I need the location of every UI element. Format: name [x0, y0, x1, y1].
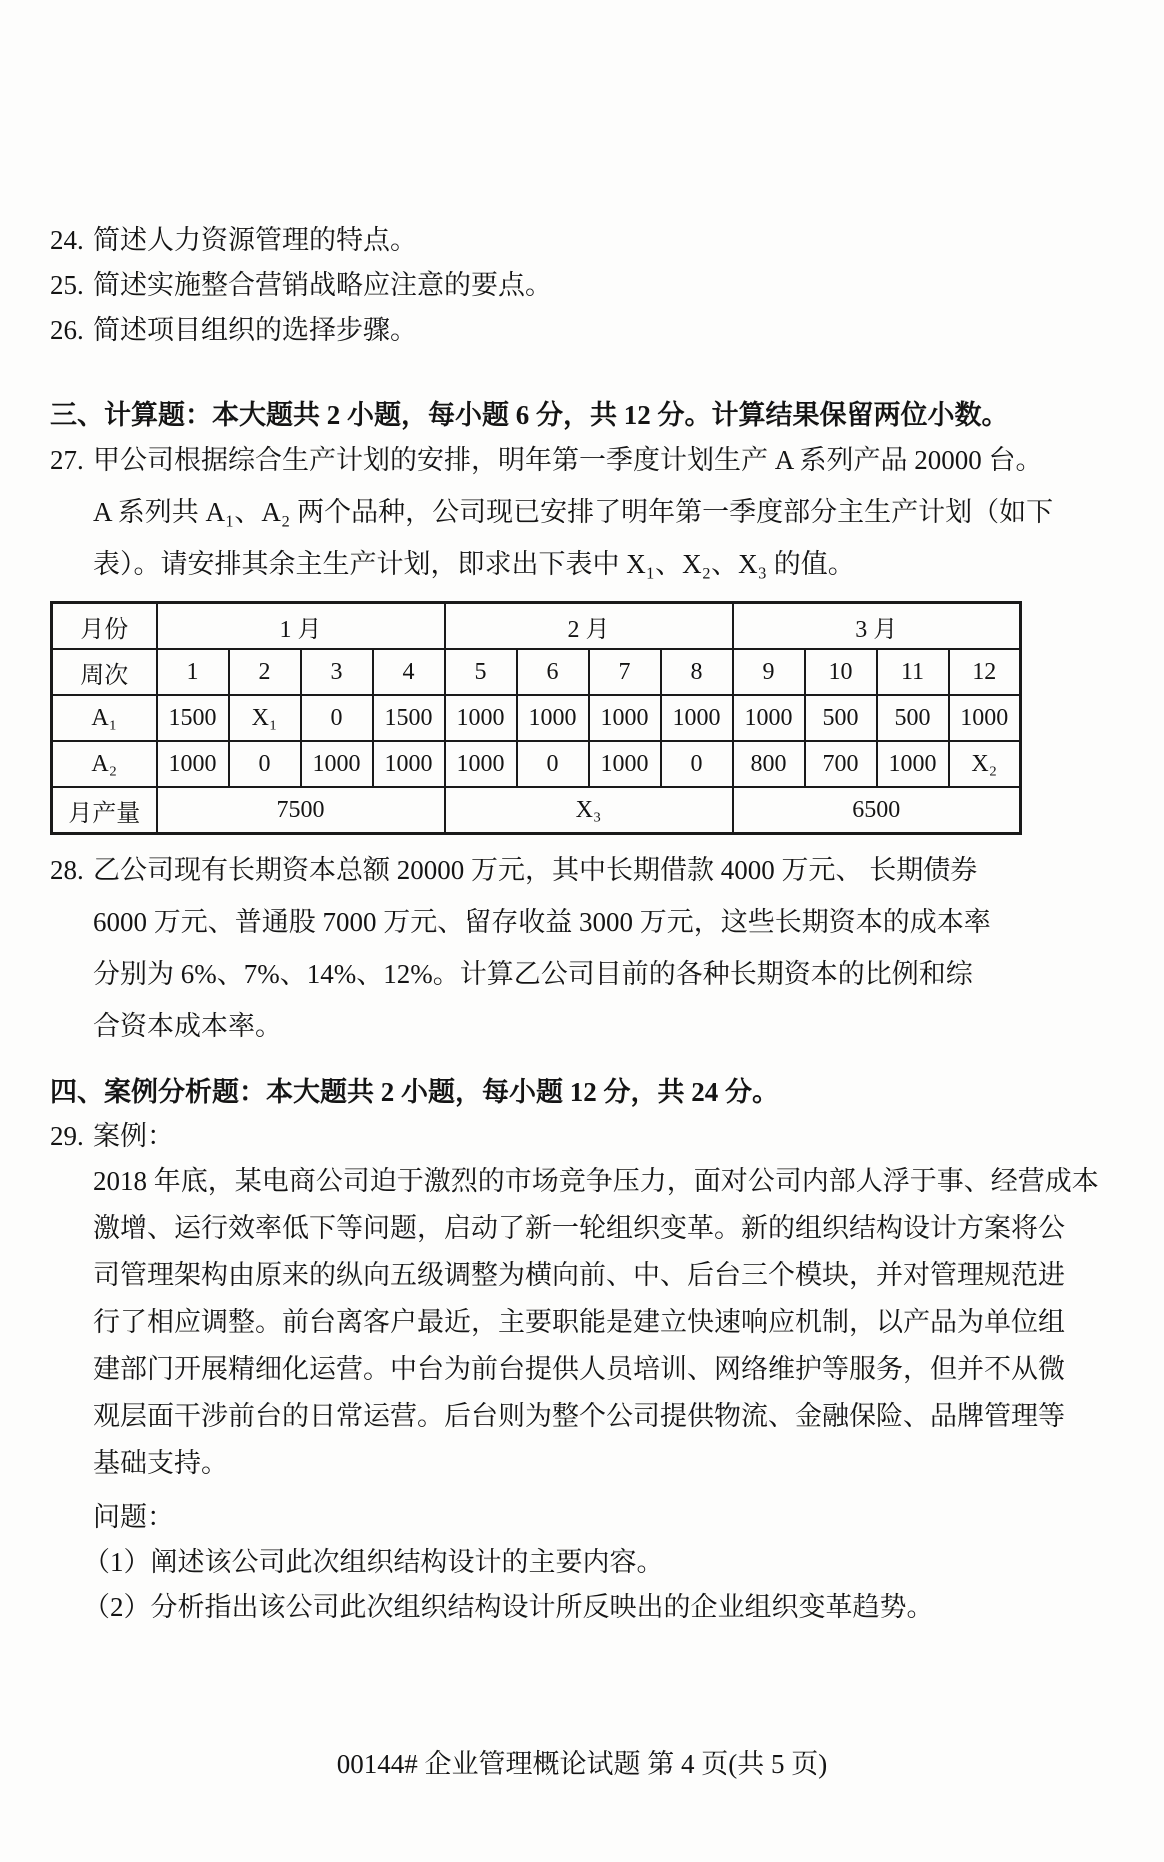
table-cell-month-mar: 3 月	[733, 603, 1021, 650]
production-plan-table: 月份 1 月 2 月 3 月 周次 1 2 3 4 5 6 7 8 9 10 1…	[50, 601, 1022, 835]
questions-label: 问题：	[93, 1502, 1164, 1532]
question-27-text-3: 表）。请安排其余主生产计划，即求出下表中 X₁、X₂、X₃ 的值。	[93, 549, 1164, 579]
question-26-number: 26.	[50, 315, 93, 345]
table-row-months: 月份 1 月 2 月 3 月	[52, 603, 1021, 650]
table-cell-month-feb: 2 月	[445, 603, 733, 650]
case-line-7: 基础支持。	[93, 1448, 1164, 1478]
table-cell-a2: 700	[805, 741, 877, 787]
table-cell-a1: 500	[877, 695, 949, 741]
table-cell-a2: X₂	[949, 741, 1021, 787]
question-24: 24. 简述人力资源管理的特点。	[50, 225, 1164, 255]
table-cell-week: 4	[373, 649, 445, 695]
table-cell-week: 11	[877, 649, 949, 695]
table-cell-a2: 0	[517, 741, 589, 787]
table-row-monthly-output: 月产量 7500 X₃ 6500	[52, 787, 1021, 834]
case-line-4: 行了相应调整。前台离客户最近，主要职能是建立快速响应机制，以产品为单位组	[93, 1307, 1164, 1337]
table-row-header-month: 月份	[52, 603, 157, 650]
table-cell-a2: 1000	[445, 741, 517, 787]
table-cell-week: 6	[517, 649, 589, 695]
table-row-weeks: 周次 1 2 3 4 5 6 7 8 9 10 11 12	[52, 649, 1021, 695]
page-content: 24. 简述人力资源管理的特点。 25. 简述实施整合营销战略应注意的要点。 2…	[0, 0, 1164, 1622]
question-26-text: 简述项目组织的选择步骤。	[93, 315, 417, 345]
table-cell-a2: 1000	[157, 741, 229, 787]
table-cell-week: 1	[157, 649, 229, 695]
exam-page: 24. 简述人力资源管理的特点。 25. 简述实施整合营销战略应注意的要点。 2…	[0, 0, 1164, 1862]
question-27-text-2: A 系列共 A₁、A₂ 两个品种，公司现已安排了明年第一季度部分主生产计划（如下	[93, 497, 1164, 527]
table-cell-a1: 0	[301, 695, 373, 741]
table-cell-a1: 1000	[589, 695, 661, 741]
question-28-text-3: 分别为 6%、7%、14%、12%。计算乙公司目前的各种长期资本的比例和综	[93, 959, 1164, 989]
table-cell-a1: 1000	[733, 695, 805, 741]
table-cell-week: 5	[445, 649, 517, 695]
table-cell-a2: 1000	[373, 741, 445, 787]
table-cell-week: 2	[229, 649, 301, 695]
table-row-a1: A₁ 1500 X₁ 0 1500 1000 1000 1000 1000 10…	[52, 695, 1021, 741]
case-line-3: 司管理架构由原来的纵向五级调整为横向前、中、后台三个模块，并对管理规范进	[93, 1260, 1164, 1290]
page-footer: 00144# 企业管理概论试题 第 4 页(共 5 页)	[0, 1742, 1164, 1781]
sub-question-2: （2）分析指出该公司此次组织结构设计所反映出的企业组织变革趋势。	[83, 1592, 1164, 1622]
table-cell-output-mar: 6500	[733, 787, 1021, 834]
question-28: 28. 乙公司现有长期资本总额 20000 万元，其中长期借款 4000 万元、…	[50, 855, 1164, 1041]
section-3-heading: 三、计算题：本大题共 2 小题，每小题 6 分，共 12 分。计算结果保留两位小…	[50, 400, 1164, 430]
question-24-number: 24.	[50, 225, 93, 255]
question-28-line-1: 28. 乙公司现有长期资本总额 20000 万元，其中长期借款 4000 万元、…	[50, 855, 1164, 885]
table-cell-week: 10	[805, 649, 877, 695]
table-cell-week: 12	[949, 649, 1021, 695]
table-row-a2: A₂ 1000 0 1000 1000 1000 0 1000 0 800 70…	[52, 741, 1021, 787]
case-paragraph: 2018 年底，某电商公司迫于激烈的市场竞争压力，面对公司内部人浮于事、经营成本…	[93, 1166, 1164, 1478]
table-cell-week: 8	[661, 649, 733, 695]
table-cell-a1: 1500	[373, 695, 445, 741]
table-cell-a2: 1000	[301, 741, 373, 787]
question-25-text: 简述实施整合营销战略应注意的要点。	[93, 270, 552, 300]
table-cell-a1: 1000	[517, 695, 589, 741]
question-27-number: 27.	[50, 445, 93, 475]
table-cell-a1: 1500	[157, 695, 229, 741]
case-line-1: 2018 年底，某电商公司迫于激烈的市场竞争压力，面对公司内部人浮于事、经营成本	[93, 1166, 1164, 1196]
table-cell-a2: 0	[229, 741, 301, 787]
table-cell-a1: 1000	[445, 695, 517, 741]
table-cell-week: 9	[733, 649, 805, 695]
table-cell-output-feb: X₃	[445, 787, 733, 834]
section-4-heading: 四、案例分析题：本大题共 2 小题，每小题 12 分，共 24 分。	[50, 1077, 1164, 1107]
table-cell-a1: 1000	[949, 695, 1021, 741]
table-cell-a1: 500	[805, 695, 877, 741]
table-cell-a1: X₁	[229, 695, 301, 741]
case-line-6: 观层面干涉前台的日常运营。后台则为整个公司提供物流、金融保险、品牌管理等	[93, 1401, 1164, 1431]
question-27: 27. 甲公司根据综合生产计划的安排，明年第一季度计划生产 A 系列产品 200…	[50, 445, 1164, 579]
table-cell-a2: 1000	[589, 741, 661, 787]
question-28-text-2: 6000 万元、普通股 7000 万元、留存收益 3000 万元，这些长期资本的…	[93, 907, 1164, 937]
case-line-2: 激增、运行效率低下等问题，启动了新一轮组织变革。新的组织结构设计方案将公	[93, 1213, 1164, 1243]
table-cell-a2: 1000	[877, 741, 949, 787]
question-29-case-label: 案例：	[93, 1121, 174, 1151]
table-cell-a2: 800	[733, 741, 805, 787]
table-cell-week: 3	[301, 649, 373, 695]
table-cell-week: 7	[589, 649, 661, 695]
question-29-number: 29.	[50, 1121, 93, 1151]
question-27-text-1: 甲公司根据综合生产计划的安排，明年第一季度计划生产 A 系列产品 20000 台…	[93, 445, 1043, 475]
table-cell-a1: 1000	[661, 695, 733, 741]
table-row-header-a2: A₂	[52, 741, 157, 787]
question-24-text: 简述人力资源管理的特点。	[93, 225, 417, 255]
question-25: 25. 简述实施整合营销战略应注意的要点。	[50, 270, 1164, 300]
table-cell-a2: 0	[661, 741, 733, 787]
table-row-header-monthly-output: 月产量	[52, 787, 157, 834]
table-cell-output-jan: 7500	[157, 787, 445, 834]
table-row-header-a1: A₁	[52, 695, 157, 741]
question-28-text-1: 乙公司现有长期资本总额 20000 万元，其中长期借款 4000 万元、 长期债…	[93, 855, 977, 885]
question-26: 26. 简述项目组织的选择步骤。	[50, 315, 1164, 345]
question-29: 29. 案例：	[50, 1121, 1164, 1151]
case-line-5: 建部门开展精细化运营。中台为前台提供人员培训、网络维护等服务，但并不从微	[93, 1354, 1164, 1384]
question-25-number: 25.	[50, 270, 93, 300]
question-27-line-1: 27. 甲公司根据综合生产计划的安排，明年第一季度计划生产 A 系列产品 200…	[50, 445, 1164, 475]
table-cell-month-jan: 1 月	[157, 603, 445, 650]
sub-question-1: （1）阐述该公司此次组织结构设计的主要内容。	[83, 1547, 1164, 1577]
table-row-header-week: 周次	[52, 649, 157, 695]
question-28-text-4: 合资本成本率。	[93, 1011, 1164, 1041]
question-28-number: 28.	[50, 855, 93, 885]
